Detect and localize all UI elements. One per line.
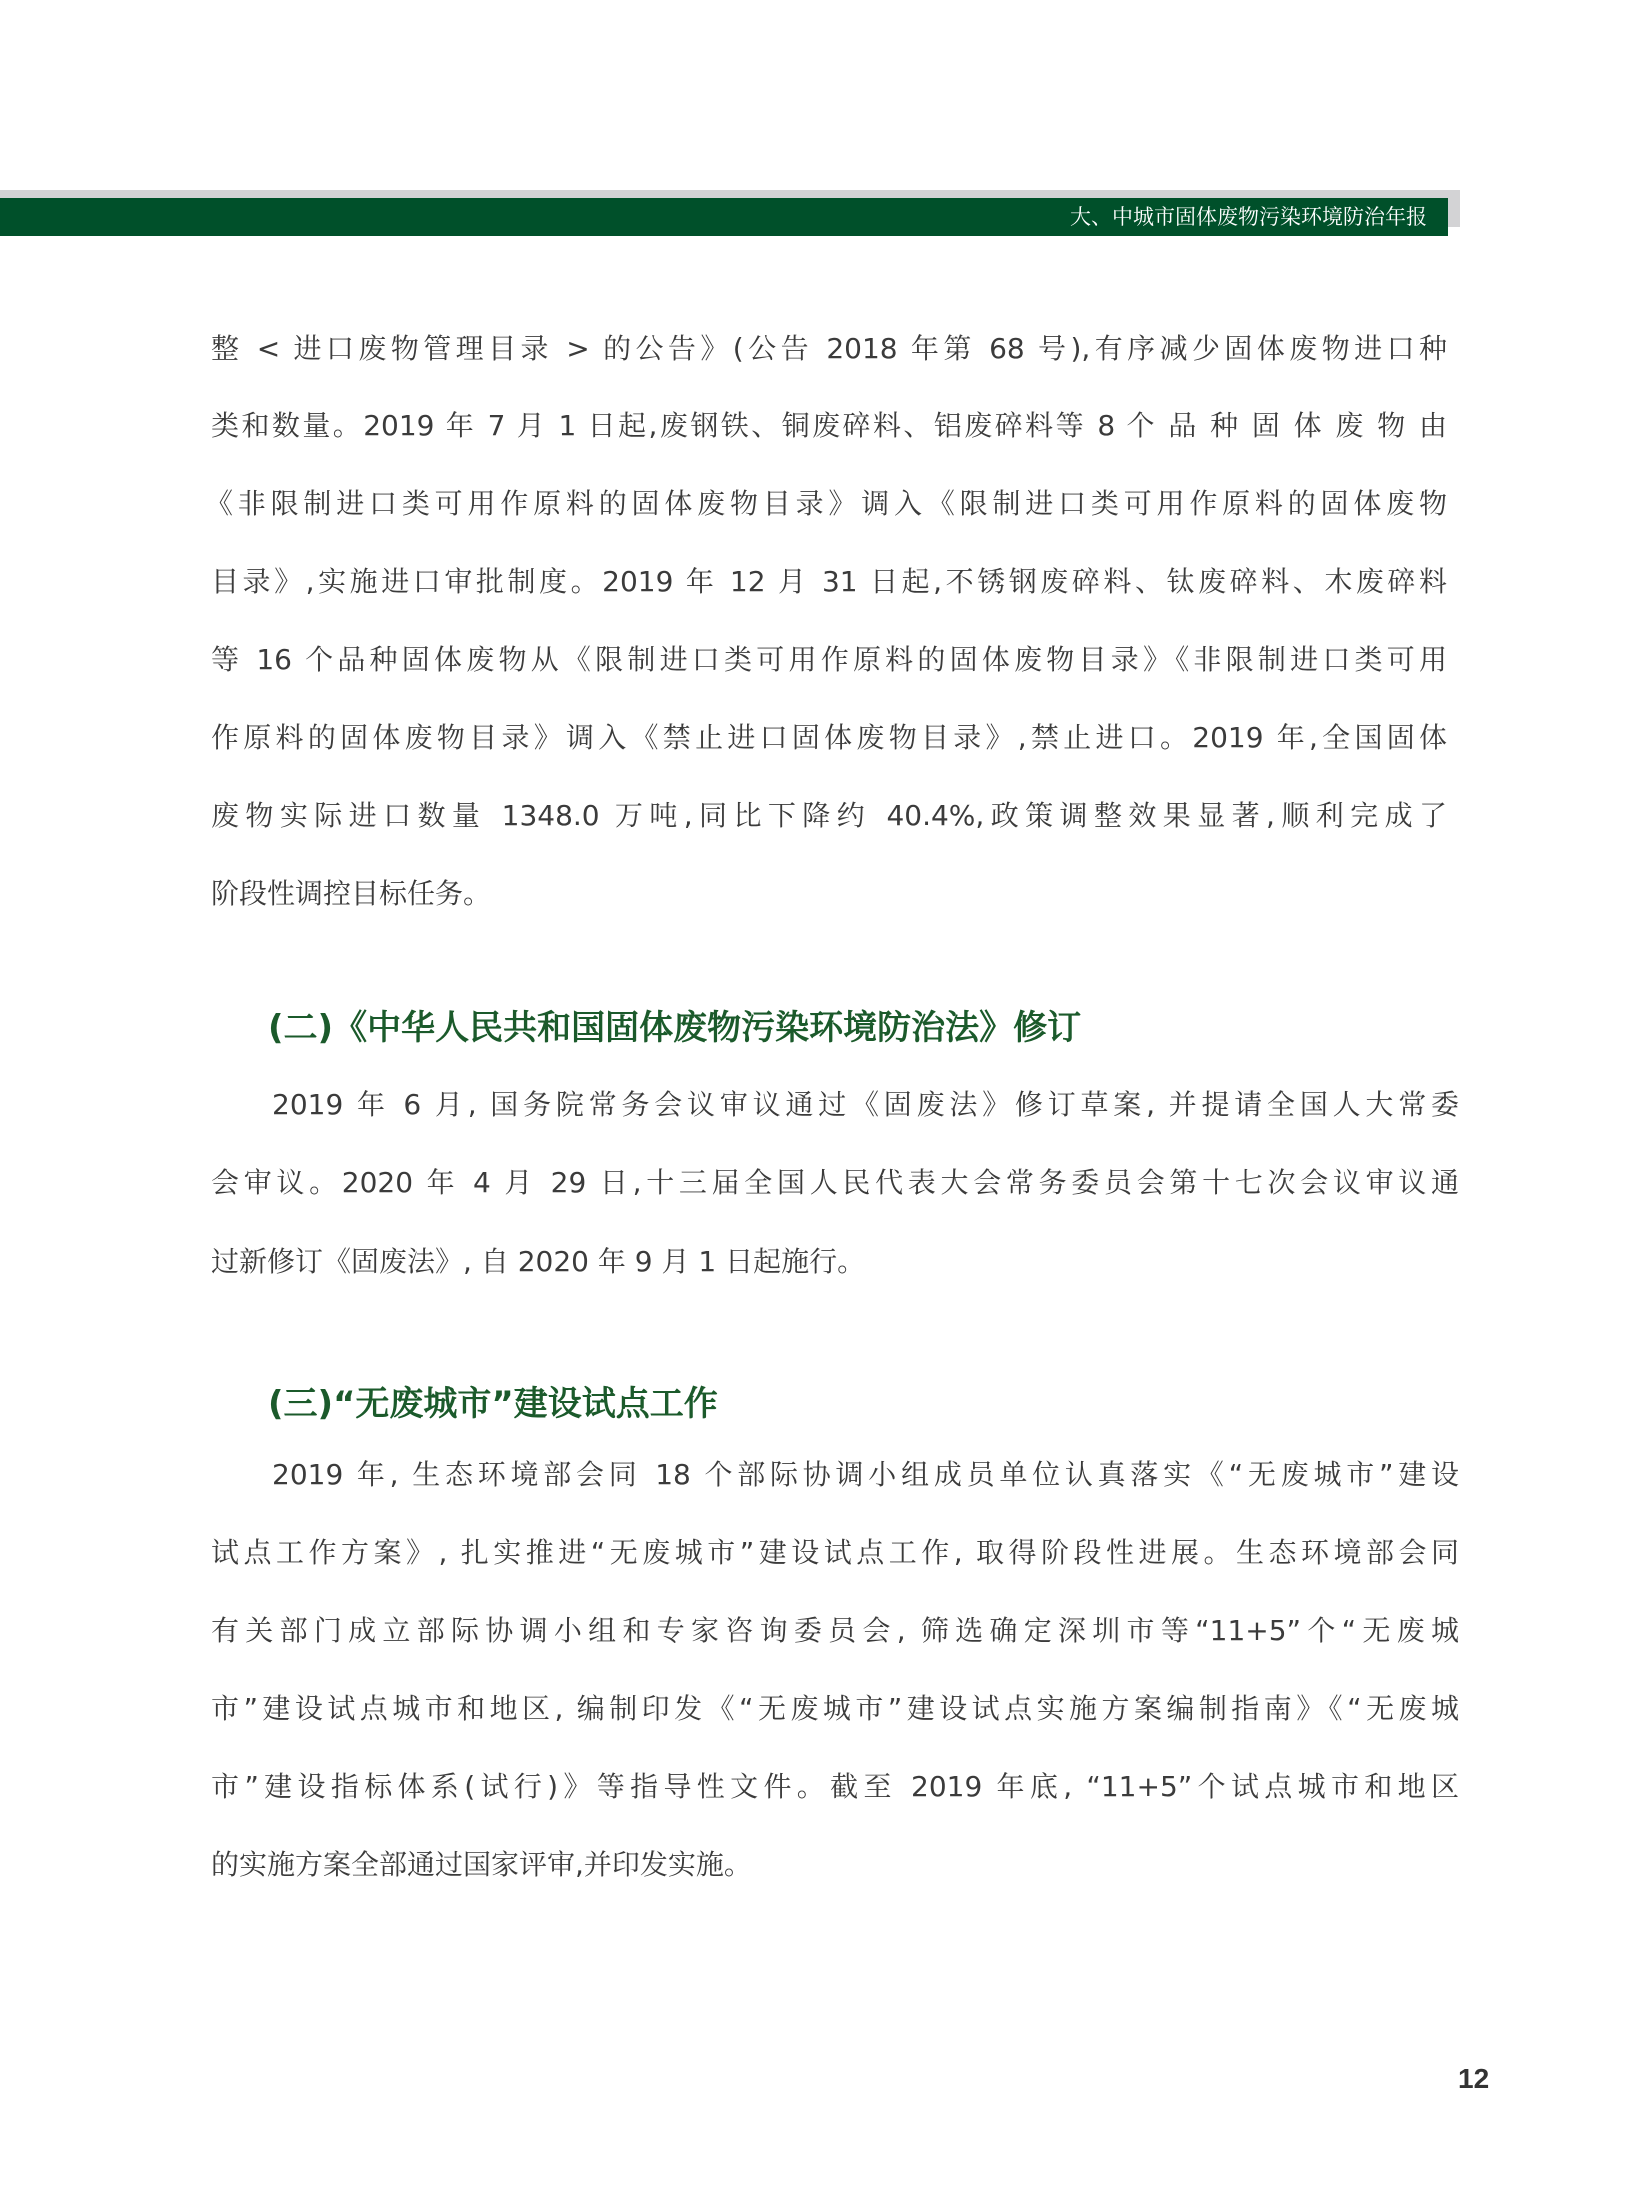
paragraph-line: 2019 年, 生态环境部会同 18 个部际协调小组成员单位认真落实《“无废城市… <box>272 1455 1459 1495</box>
paragraph-line: 整 < 进口废物管理目录 > 的公告》(公告 2018 年第 68 号),有序减… <box>211 329 1447 369</box>
paragraph-line: 过新修订《固废法》, 自 2020 年 9 月 1 日起施行。 <box>211 1242 865 1282</box>
paragraph-line: 试点工作方案》, 扎实推进“无废城市”建设试点工作, 取得阶段性进展。生态环境部… <box>211 1533 1459 1573</box>
paragraph-line: 作原料的固体废物目录》调入《禁止进口固体废物目录》,禁止进口。2019 年,全国… <box>211 718 1447 758</box>
section-3-heading: (三)“无废城市”建设试点工作 <box>268 1380 718 1428</box>
paragraph-line: 市”建设指标体系(试行)》等指导性文件。截至 2019 年底, “11+5”个试… <box>211 1767 1459 1807</box>
paragraph-line: 阶段性调控目标任务。 <box>211 874 491 914</box>
report-title: 大、中城市固体废物污染环境防治年报 <box>1070 198 1427 236</box>
paragraph-line: 市”建设试点城市和地区, 编制印发《“无废城市”建设试点实施方案编制指南》《“无… <box>211 1689 1459 1729</box>
section-2-heading: (二)《中华人民共和国固体废物污染环境防治法》修订 <box>268 1004 1081 1052</box>
paragraph-line: 类和数量。2019 年 7 月 1 日起,废钢铁、铜废碎料、铝废碎料等 8 个 … <box>211 406 1447 446</box>
page-number: 12 <box>1458 2063 1489 2095</box>
paragraph-line: 有关部门成立部际协调小组和专家咨询委员会, 筛选确定深圳市等“11+5”个“无废… <box>211 1611 1459 1651</box>
paragraph-line: 废物实际进口数量 1348.0 万吨,同比下降约 40.4%,政策调整效果显著,… <box>211 796 1447 836</box>
paragraph-line: 《非限制进口类可用作原料的固体废物目录》调入《限制进口类可用作原料的固体废物 <box>205 484 1447 524</box>
paragraph-line: 会审议。2020 年 4 月 29 日,十三届全国人民代表大会常务委员会第十七次… <box>211 1163 1459 1203</box>
paragraph-line: 的实施方案全部通过国家评审,并印发实施。 <box>211 1845 752 1885</box>
paragraph-line: 目录》,实施进口审批制度。2019 年 12 月 31 日起,不锈钢废碎料、钛废… <box>211 562 1447 602</box>
paragraph-line: 等 16 个品种固体废物从《限制进口类可用作原料的固体废物目录》《非限制进口类可… <box>211 640 1447 680</box>
header-green-bar: 大、中城市固体废物污染环境防治年报 <box>0 198 1448 236</box>
paragraph-line: 2019 年 6 月, 国务院常务会议审议通过《固废法》修订草案, 并提请全国人… <box>272 1085 1459 1125</box>
